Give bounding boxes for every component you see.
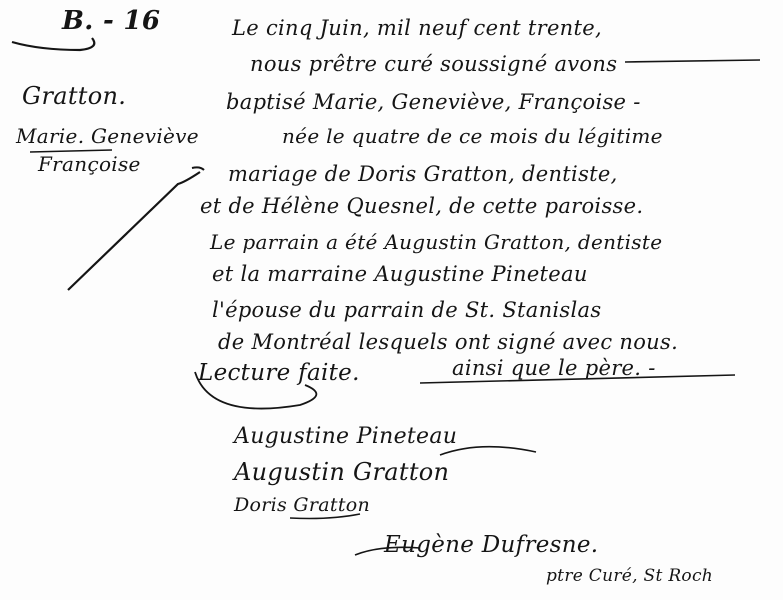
- body-line-12: ainsi que le père. -: [452, 356, 656, 380]
- margin-given-names-1: Marie. Geneviève: [16, 124, 199, 148]
- body-line-3: baptisé Marie, Geneviève, Françoise -: [226, 90, 641, 114]
- body-line-5: mariage de Doris Gratton, dentiste,: [228, 162, 618, 186]
- signature-godfather: Augustin Gratton: [234, 458, 449, 486]
- signature-godmother: Augustine Pineteau: [234, 424, 457, 449]
- body-line-10: de Montréal lesquels ont signé avec nous…: [218, 330, 678, 354]
- body-line-1: Le cinq Juin, mil neuf cent trente,: [232, 16, 602, 40]
- body-line-11: Lecture faite.: [198, 360, 360, 386]
- body-line-2: nous prêtre curé soussigné avons: [250, 52, 617, 76]
- body-line-4: née le quatre de ce mois du légitime: [282, 124, 663, 148]
- margin-given-names-2: Françoise: [38, 152, 141, 176]
- entry-number: B. - 16: [62, 6, 160, 36]
- body-line-9: l'épouse du parrain de St. Stanislas: [212, 298, 601, 322]
- register-page: B. - 16 Gratton. Marie. Geneviève Franço…: [0, 0, 783, 600]
- signature-priest-title: ptre Curé, St Roch: [546, 566, 713, 586]
- body-line-7: Le parrain a été Augustin Gratton, denti…: [210, 230, 662, 254]
- signature-priest: Eugène Dufresne.: [384, 532, 598, 558]
- body-line-6: et de Hélène Quesnel, de cette paroisse.: [200, 194, 643, 218]
- signature-father: Doris Gratton: [234, 494, 370, 516]
- body-line-8: et la marraine Augustine Pineteau: [212, 262, 588, 286]
- margin-surname: Gratton.: [22, 82, 126, 110]
